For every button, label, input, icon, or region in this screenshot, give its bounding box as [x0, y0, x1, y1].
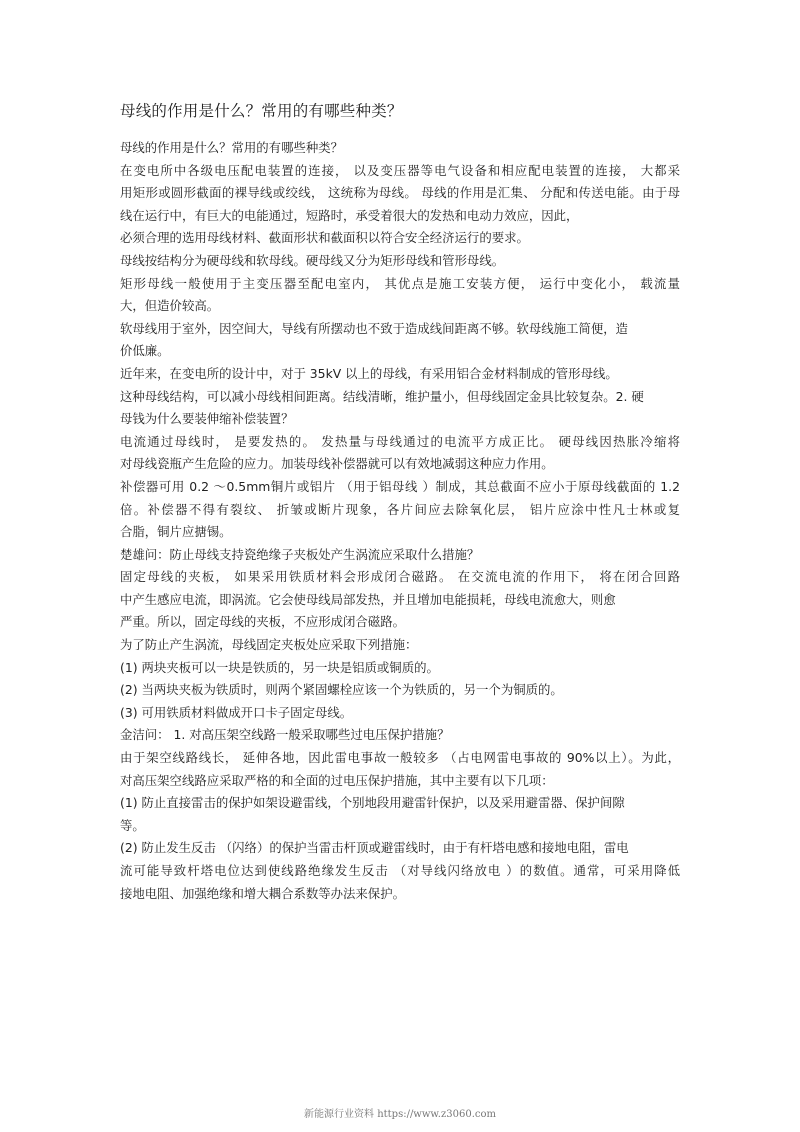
paragraph-line: 对高压架空线路应采取严格的和全面的过电压保护措施，其中主要有以下几项： — [120, 770, 680, 793]
paragraph-line: 等。 — [120, 815, 680, 838]
paragraph-line: 线在运行中，有巨大的电能通过，短路时，承受着很大的发热和电动力效应，因此， — [120, 205, 680, 228]
page-footer: 新能源行业资料 https://www.z3060.com — [0, 1105, 800, 1120]
paragraph-line: (1) 防止直接雷击的保护如架设避雷线，个别地段用避雷针保护，以及采用避雷器、保… — [120, 792, 680, 815]
paragraph-line: 软母线用于室外，因空间大，导线有所摆动也不致于造成线间距离不够。软母线施工简便，… — [120, 318, 680, 341]
paragraph-line: 补偿器可用 0.2 ～0.5mm铜片或铝片 （用于铝母线 ）制成，其总截面不应小… — [120, 476, 680, 499]
paragraph-line: 为了防止产生涡流，母线固定夹板处应采取下列措施： — [120, 634, 680, 657]
document-body: 母线的作用是什么？常用的有哪些种类？在变电所中各级电压配电装置的连接， 以及变压… — [120, 137, 680, 905]
paragraph-line: 严重。所以，固定母线的夹板，不应形成闭合磁路。 — [120, 611, 680, 634]
paragraph-line: 用矩形或圆形截面的裸导线或绞线， 这统称为母线。 母线的作用是汇集、 分配和传送… — [120, 182, 680, 205]
paragraph-line: 倍。补偿器不得有裂纹、 折皱或断片现象，各片间应去除氧化层， 铝片应涂中性凡士林… — [120, 499, 680, 522]
paragraph-line: (3) 可用铁质材料做成开口卡子固定母线。 — [120, 702, 680, 725]
paragraph-line: 中产生感应电流，即涡流。它会使母线局部发热，并且增加电能损耗，母线电流愈大，则愈 — [120, 589, 680, 612]
paragraph-line: 这种母线结构，可以减小母线相间距离。结线清晰，维护量小，但母线固定金具比较复杂。… — [120, 386, 680, 409]
document-title: 母线的作用是什么？常用的有哪些种类？ — [120, 99, 403, 121]
paragraph-line: (2) 防止发生反击 （闪络）的保护当雷击杆顶或避雷线时，由于有杆塔电感和接地电… — [120, 837, 680, 860]
paragraph-line: 固定母线的夹板， 如果采用铁质材料会形成闭合磁路。 在交流电流的作用下， 将在闭… — [120, 566, 680, 589]
paragraph-line: 必须合理的选用母线材料、截面形状和截面积以符合安全经济运行的要求。 — [120, 227, 680, 250]
paragraph-line: 价低廉。 — [120, 340, 680, 363]
paragraph-line: 电流通过母线时， 是要发热的。 发热量与母线通过的电流平方成正比。 硬母线因热胀… — [120, 431, 680, 454]
paragraph-line: 流可能导致杆塔电位达到使线路绝缘发生反击 （对导线闪络放电 ）的数值。通常，可采… — [120, 860, 680, 883]
paragraph-line: 接地电阻、加强绝缘和增大耦合系数等办法来保护。 — [120, 883, 680, 906]
paragraph-line: 近年来，在变电所的设计中，对于 35kV 以上的母线，有采用铝合金材料制成的管形… — [120, 363, 680, 386]
paragraph-line: 母钱为什么要装伸缩补偿装置？ — [120, 408, 680, 431]
paragraph-line: (2) 当两块夹板为铁质时，则两个紧固螺栓应该一个为铁质的，另一个为铜质的。 — [120, 679, 680, 702]
paragraph-line: 合脂，铜片应搪锡。 — [120, 521, 680, 544]
paragraph-line: 金洁问： 1. 对高压架空线路一般采取哪些过电压保护措施？ — [120, 724, 680, 747]
paragraph-line: 母线的作用是什么？常用的有哪些种类？ — [120, 137, 680, 160]
paragraph-line: 对母线瓷瓶产生危险的应力。加装母线补偿器就可以有效地减弱这种应力作用。 — [120, 453, 680, 476]
paragraph-line: 楚雄问：防止母线支持瓷绝缘子夹板处产生涡流应采取什么措施？ — [120, 544, 680, 567]
paragraph-line: 矩形母线一般使用于主变压器至配电室内， 其优点是施工安装方便， 运行中变化小， … — [120, 273, 680, 296]
paragraph-line: 由于架空线路线长， 延伸各地，因此雷电事故一般较多 （占电网雷电事故的 90%以… — [120, 747, 680, 770]
paragraph-line: 大，但造价较高。 — [120, 295, 680, 318]
paragraph-line: 母线按结构分为硬母线和软母线。硬母线又分为矩形母线和管形母线。 — [120, 250, 680, 273]
paragraph-line: (1) 两块夹板可以一块是铁质的，另一块是铝质或铜质的。 — [120, 657, 680, 680]
paragraph-line: 在变电所中各级电压配电装置的连接， 以及变压器等电气设备和相应配电装置的连接， … — [120, 160, 680, 183]
